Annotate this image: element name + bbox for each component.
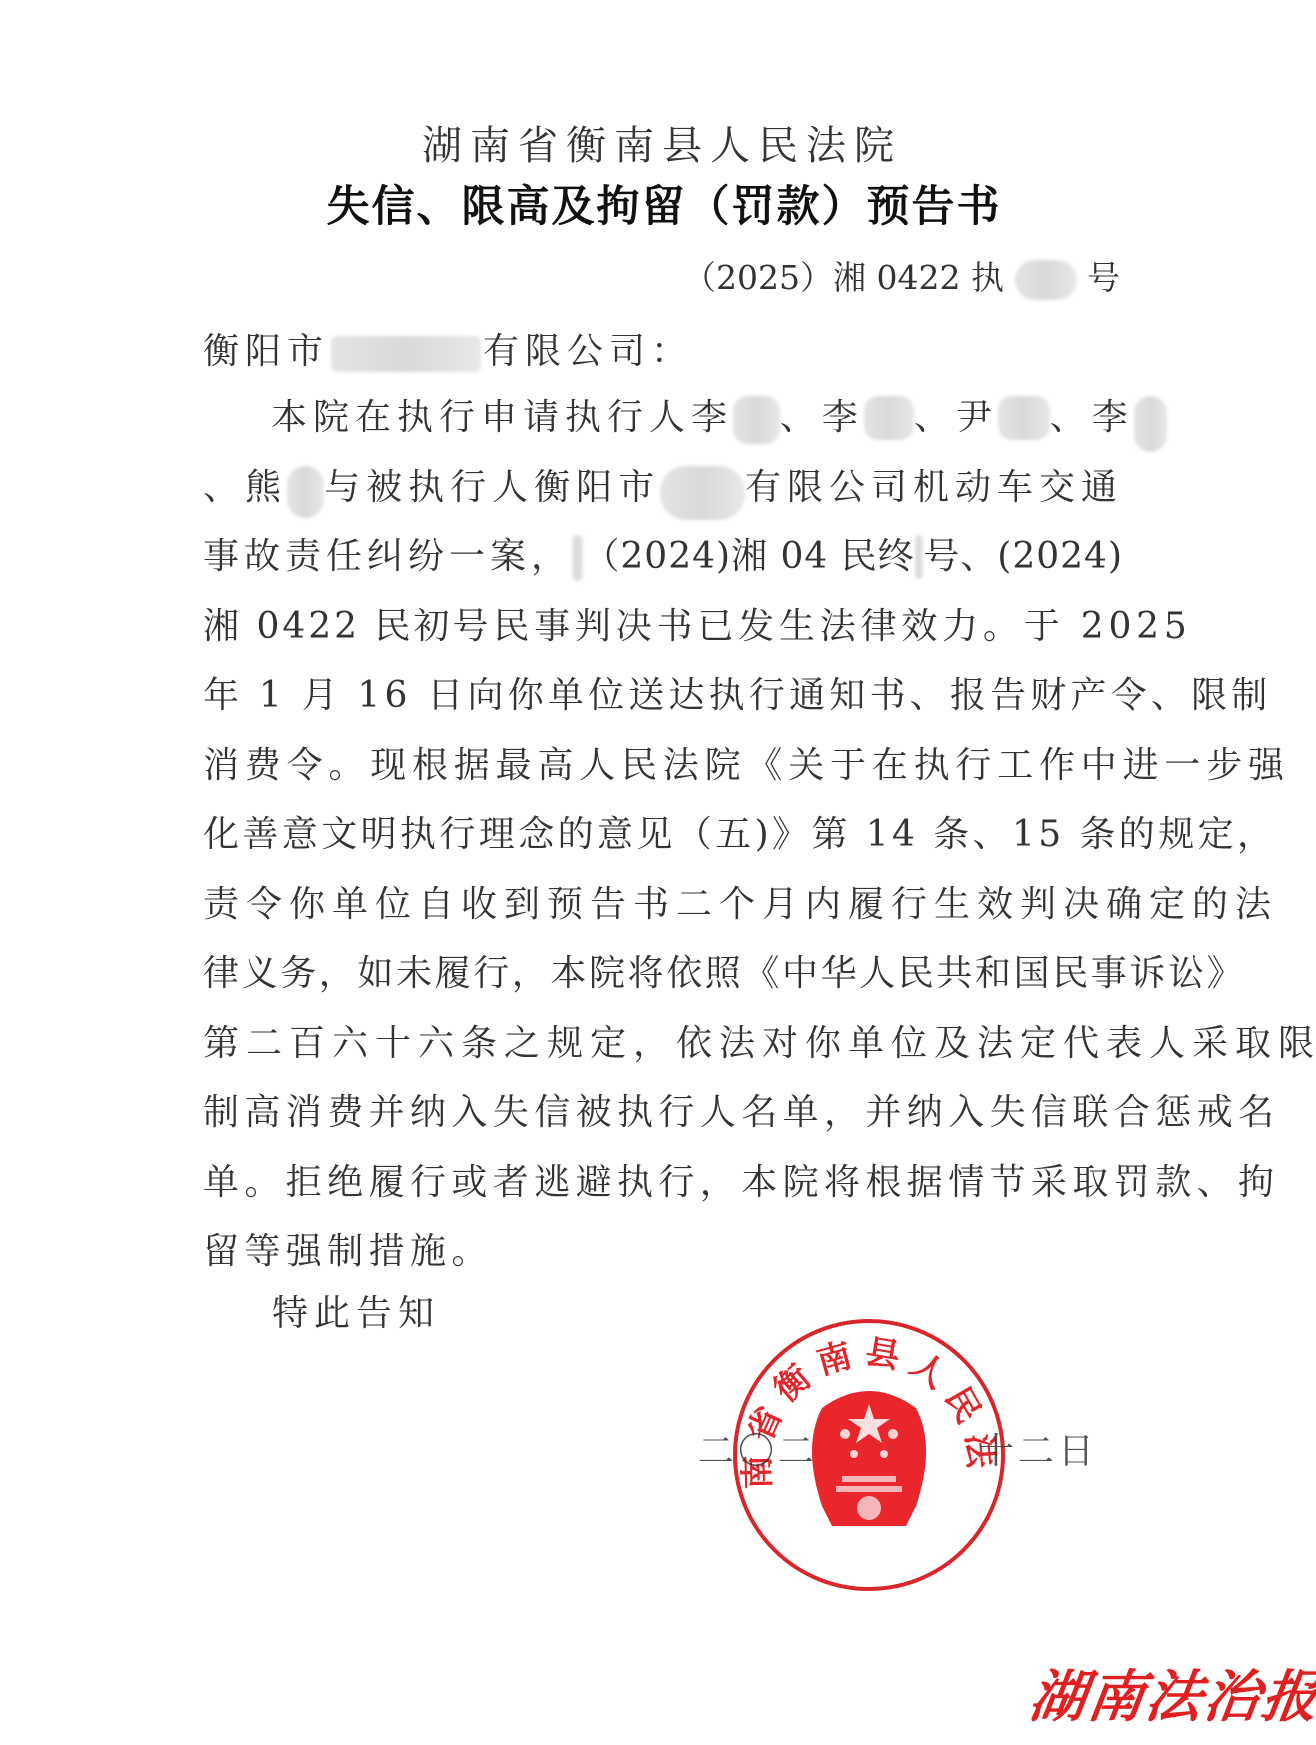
body-line: 律义务，如未履行，本院将依照《中华人民共和国民事诉讼》 — [203, 952, 1123, 1022]
redacted-blur — [733, 396, 780, 444]
redacted-blur — [331, 336, 481, 372]
body-text: 、尹 — [914, 396, 998, 440]
body-text: 第二百六十六条之规定，依法对你单位及法定代表人采取限 — [203, 1022, 1316, 1066]
body-line: 第二百六十六条之规定，依法对你单位及法定代表人采取限 — [203, 1022, 1123, 1092]
redacted-blur — [998, 396, 1050, 440]
body-text: 号、(2024) — [923, 535, 1123, 579]
body-line: 化善意文明执行理念的意见（五)》第 14 条、15 条的规定， — [203, 813, 1123, 883]
body-text: 单。拒绝履行或者逃避执行，本院将根据情节采取罚款、拘 — [203, 1161, 1279, 1205]
body-text: 留等强制措施。 — [203, 1230, 493, 1274]
document-title: 失信、限高及拘留（罚款）预告书 — [0, 182, 1316, 232]
addressee-suffix: 有限公司： — [483, 331, 693, 372]
body-line: 年 1 月 16 日向你单位送达执行通知书、报告财产令、限制 — [203, 674, 1123, 744]
body-text: 湘 0422 民初 — [203, 605, 453, 649]
redacted-blur — [915, 535, 924, 579]
body-text: 制高消费并纳入失信被执行人名单，并纳入失信联合惩戒名 — [203, 1091, 1279, 1135]
body-text: （2024)湘 04 民终 — [583, 535, 914, 579]
body-text: 化善意文明执行理念的意见（五)》第 14 条、15 条的规定， — [203, 813, 1276, 857]
case-number-prefix: （2025）湘 0422 执 — [683, 258, 1004, 297]
body-line: 本院在执行申请执行人李 、李 、尹 、李 — [203, 396, 1123, 466]
body-text: 本院在执行申请执行人李 — [271, 396, 733, 440]
case-number-suffix: 号 — [1087, 258, 1120, 297]
body-text: 、熊 — [203, 466, 287, 510]
publisher-watermark: 湖南法治报 — [1025, 1662, 1316, 1732]
body-paragraph: 本院在执行申请执行人李 、李 、尹 、李 、熊 与被执行人衡阳市 有限公司机动车… — [203, 396, 1123, 1300]
body-line: 留等强制措施。 — [203, 1230, 1123, 1300]
court-name: 湖南省衡南县人民法院 — [0, 124, 1316, 168]
case-number: （2025）湘 0422 执 号 — [683, 258, 1120, 300]
body-line: 消费令。现根据最高人民法院《关于在执行工作中进一步强 — [203, 744, 1123, 814]
closing-remark: 特此告知 — [272, 1292, 440, 1336]
body-text: 事故责任纠纷一案， — [203, 535, 572, 579]
signature-date: 二〇二 十二日 — [698, 1430, 1098, 1474]
body-text: 责令你单位自收到预告书二个月内履行生效判决确定的法 — [203, 883, 1278, 927]
redacted-blur — [660, 466, 745, 520]
body-line: 责令你单位自收到预告书二个月内履行生效判决确定的法 — [203, 883, 1123, 953]
body-text: 、李 — [1050, 396, 1134, 440]
body-line: 单。拒绝履行或者逃避执行，本院将根据情节采取罚款、拘 — [203, 1161, 1123, 1231]
redacted-blur — [572, 535, 583, 581]
body-line: 湘 0422 民初 号民事判决书已发生法律效力。于 2025 — [203, 605, 1123, 675]
body-line: 制高消费并纳入失信被执行人名单，并纳入失信联合惩戒名 — [203, 1091, 1123, 1161]
body-text: 、李 — [780, 396, 864, 440]
body-text: 与被执行人衡阳市 — [324, 466, 660, 510]
body-line: 、熊 与被执行人衡阳市 有限公司机动车交通 — [203, 466, 1123, 536]
redacted-blur — [1015, 260, 1077, 300]
redacted-blur — [287, 466, 324, 518]
body-text: 消费令。现根据最高人民法院《关于在执行工作中进一步强 — [203, 744, 1290, 788]
body-text: 律义务，如未履行，本院将依照《中华人民共和国民事诉讼》 — [203, 952, 1245, 996]
body-text: 有限公司机动车交通 — [745, 466, 1123, 510]
body-text: 年 1 月 16 日向你单位送达执行通知书、报告财产令、限制 — [203, 674, 1272, 718]
body-text: 号民事判决书已发生法律效力。于 2025 — [453, 605, 1192, 649]
body-line: 事故责任纠纷一案， （2024)湘 04 民终 号、(2024) — [203, 535, 1123, 605]
addressee-prefix: 衡阳市 — [203, 331, 329, 372]
addressee: 衡阳市有限公司： — [203, 330, 693, 374]
redacted-blur — [864, 396, 914, 440]
redacted-blur — [1134, 396, 1167, 452]
